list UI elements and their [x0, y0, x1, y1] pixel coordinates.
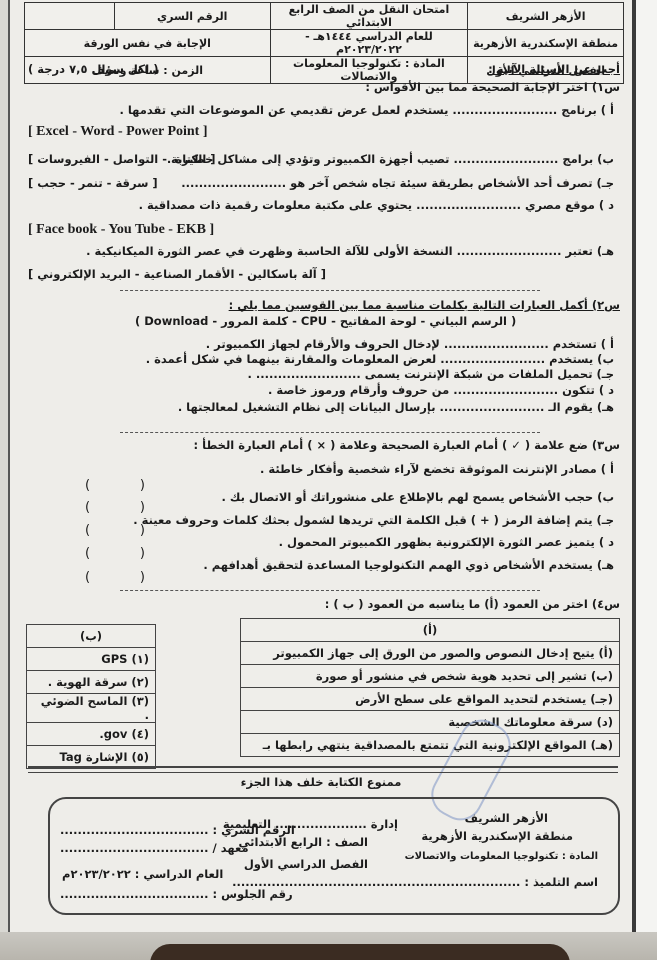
q3-item-b: ب) حجب الأشخاص يسمح لهم بالإطلاع على منش… [222, 490, 615, 504]
slip-term: الفصل الدراسي الأول [244, 857, 368, 871]
q4-column-b-header: (ب) [27, 625, 156, 648]
slip-region: منطقة الإسكندرية الأزهرية [421, 829, 573, 843]
slip-secret-number[interactable]: الرقم السري : ..........................… [60, 823, 295, 837]
divider [120, 432, 540, 433]
slip-subject: المادة : تكنولوجيا المعلومات والاتصالات [405, 851, 598, 862]
q3-item-e: هـ) يستخدم الأشخاص ذوي الهمم التكنولوجيا… [203, 558, 614, 572]
q1-item-d: د ) موقع مصري ........................ ي… [139, 198, 614, 212]
photo-margin [636, 0, 657, 932]
q1-item-e: هـ) تعتبر ........................ النسخ… [86, 244, 614, 258]
header-secret-number-label: الرقم السري [114, 3, 270, 30]
q4-b-item: (١) GPS [27, 648, 156, 671]
instructions: أجب عن الأسئلة الآتية : [488, 62, 620, 76]
q3-title: س٣) ضع علامة ( ✓ ) أمام العبارة الصحيحة … [194, 438, 620, 452]
q3-item-c: جـ) يتم إضافة الرمز ( + ) قبل الكلمة الت… [133, 513, 614, 527]
q1-title: س١) اختر الإجابة الصحيحة مما بين الأقواس… [365, 80, 620, 94]
divider [28, 766, 618, 773]
q4-a-item: (هـ) المواقع الإلكترونية التي تتمتع بالم… [241, 734, 620, 757]
marks-note: ( لكل سؤال ٧,٥ درجة ) [28, 62, 158, 76]
slip-seat-number[interactable]: رقم الجلوس : ...........................… [60, 887, 293, 901]
header-answer-note: الإجابة في نفس الورقة [25, 30, 271, 57]
slip-institute[interactable]: معهد / .................................… [60, 841, 249, 855]
header-year: للعام الدراسي ١٤٤٤هـ - ٢٠٢٣/٢٠٢٢م [270, 30, 468, 57]
detachable-slip: الأزهر الشريف منطقة الإسكندرية الأزهرية … [48, 797, 620, 915]
q4-column-a-header: (أ) [241, 619, 620, 642]
q1-item-a: أ ) برنامج ........................ يستخ… [119, 103, 614, 117]
q1-item-c-options: [ سرقة - تنمر - حجب ] [28, 176, 158, 190]
q4-a-item: (ب) تشير إلى تحديد هوية شخص في منشور أو … [241, 665, 620, 688]
q2-title: س٢) أكمل العبارات التالية بكلمات مناسبة … [229, 298, 620, 312]
q4-a-item: (د) سرقة معلوماتك الشخصية [241, 711, 620, 734]
photo-background [0, 932, 657, 960]
q1-item-c: جـ) تصرف أحد الأشخاص بطريقة سيئة تجاه شخ… [181, 176, 614, 190]
q2-item-d: د ) تتكون ........................ من حر… [268, 383, 614, 397]
q3-answer-box-d[interactable]: () [85, 546, 145, 561]
q2-item-b: ب) يستخدم ........................ لعرض … [146, 352, 614, 366]
exam-paper: الأزهر الشريف امتحان النقل من الصف الراب… [8, 0, 636, 932]
q1-item-e-options: [ آلة باسكالين - الأقمار الصناعية - البر… [28, 267, 326, 281]
q3-answer-box-a[interactable]: () [85, 478, 145, 493]
q3-item-d: د ) يتميز عصر الثورة الإلكترونية بظهور ا… [279, 535, 614, 549]
q2-item-a: أ ) تستخدم ........................ لإدخ… [206, 337, 614, 351]
header-region: منطقة الإسكندرية الأزهرية [468, 30, 624, 57]
q1-item-a-options: [ Excel - Word - Power Point ] [28, 124, 208, 140]
q4-column-a: (أ) (أ) يتيح إدخال النصوص والصور من الور… [240, 618, 620, 757]
q1-item-d-options: [ Face book - You Tube - EKB ] [28, 222, 214, 238]
q4-a-item: (أ) يتيح إدخال النصوص والصور من الورق إل… [241, 642, 620, 665]
q3-answer-box-c[interactable]: () [85, 523, 145, 538]
q2-item-c: جـ) تحميل الملفات من شبكة الإنترنت يسمى … [248, 367, 614, 381]
slip-grade: الصف : الرابع الابتدائي [239, 835, 368, 849]
slip-year: العام الدراسي : ٢٠٢٣/٢٠٢٢م [62, 867, 223, 881]
header-secret-number-field[interactable] [25, 3, 115, 30]
header-org: الأزهر الشريف [468, 3, 624, 30]
q3-answer-box-e[interactable]: () [85, 570, 145, 585]
footer-notice: ممنوع الكتابة خلف هذا الجزء [10, 775, 632, 789]
q3-item-a: أ ) مصادر الإنترنت الموثوقة تخضع لآراء ش… [260, 462, 614, 476]
q4-title: س٤) اختر من العمود (أ) ما يناسبه من العم… [325, 597, 620, 611]
q1-item-b-options: [ الكتابة - التواصل - الفيروسات ] [28, 152, 216, 166]
q4-a-item: (جـ) يستخدم لتحديد المواقع على سطح الأرض [241, 688, 620, 711]
q4-b-item: (٢) سرقة الهوية . [27, 671, 156, 694]
slip-org: الأزهر الشريف [465, 811, 548, 825]
divider [120, 290, 540, 291]
q2-word-bank: ( الرسم البياني - لوحة المفاتيح - CPU - … [135, 314, 516, 328]
q4-b-item: (٤) gov. [27, 723, 156, 746]
q4-column-b: (ب) (١) GPS (٢) سرقة الهوية . (٣) الماسح… [26, 624, 156, 769]
divider [120, 590, 540, 591]
q2-item-e: هـ) يقوم الـ ........................ بإ… [178, 400, 614, 414]
header-exam-title: امتحان النقل من الصف الرابع الابتدائي [270, 3, 468, 30]
q1-item-b: ب) برامج ........................ تصيب أ… [167, 152, 614, 166]
q4-b-item: (٣) الماسح الضوئي . [27, 694, 156, 723]
